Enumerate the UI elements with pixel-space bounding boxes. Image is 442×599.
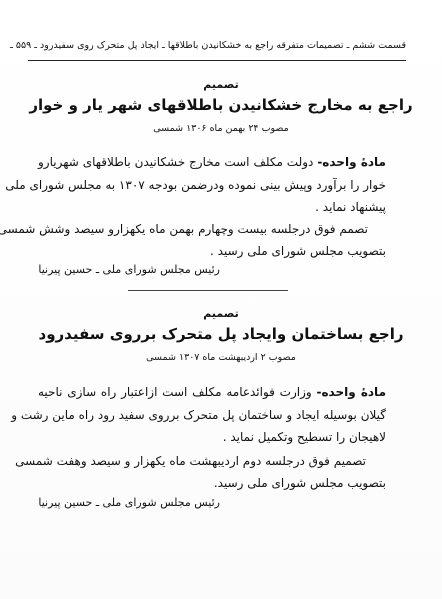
section-1-article-line-2: خوار را برآورد وپیش بینی نموده ودرضمن بو… bbox=[38, 178, 386, 192]
section-2-article-label: مادهٔ واحده- bbox=[316, 385, 386, 399]
section-1-signature: رئیس مجلس شورای ملی ـ حسین پیرنیا bbox=[50, 263, 220, 276]
document-page: قسمت ششم ـ تصمیمات متفرقه راجع به خشکانی… bbox=[0, 0, 442, 599]
section-2-article-line-2: گیلان بوسیله ایجاد و ساختمان پل متحرک بر… bbox=[38, 408, 386, 422]
section-2-title: راجع بساختمان وایجاد پل متحرک برروی سفید… bbox=[0, 325, 442, 343]
section-1-article-line-3: پیشنهاد نماید . bbox=[38, 200, 386, 214]
section-1-approval-date: مصوب ۲۴ بهمن ماه ۱۳۰۶ شمسی bbox=[0, 123, 442, 134]
section-1-label: تصمیم bbox=[0, 78, 442, 91]
header-rule bbox=[28, 60, 406, 61]
section-separator bbox=[128, 290, 288, 291]
section-1-decision-line-1: تصمم فوق درجلسه بیست وچهارم بهمن ماه یکه… bbox=[42, 222, 368, 236]
section-2-signature: رئیس مجلس شورای ملی ـ حسین پیرنیا bbox=[50, 496, 220, 509]
section-2-decision-line-2: بتصویب مجلس شورای ملی رسید. bbox=[38, 476, 386, 490]
section-1-decision-line-2: بتصویب مجلس شورای ملی رسید . bbox=[38, 244, 386, 258]
section-2-article-line-1: مادهٔ واحده- وزارت فوائدعامه مکلف است از… bbox=[38, 385, 386, 399]
section-2-article-line-3: لاهیجان را تسطیح وتکمیل نماید . bbox=[38, 430, 386, 444]
running-header: قسمت ششم ـ تصمیمات متفرقه راجع به خشکانی… bbox=[30, 40, 406, 51]
section-1-article-text: دولت مکلف است مخارج خشکانیدن باطلاقهای ش… bbox=[38, 155, 317, 169]
section-2-decision-line-1: تصمیم فوق درجلسه دوم اردیبهشت ماه یکهزار… bbox=[42, 454, 366, 468]
section-2-approval-date: مصوب ۲ اردیبهشت ماه ۱۳۰۷ شمسی bbox=[0, 352, 442, 363]
section-1-article-label: مادهٔ واحده- bbox=[317, 155, 386, 169]
section-1-title: راجع به مخارج خشکانیدن باطلاقهای شهر یار… bbox=[0, 96, 442, 114]
section-2-label: تصمیم bbox=[0, 307, 442, 320]
section-1-article-line-1: مادهٔ واحده- دولت مکلف است مخارج خشکانید… bbox=[38, 155, 386, 169]
section-2-article-text: وزارت فوائدعامه مکلف است ازاعتبار راه سا… bbox=[38, 385, 316, 399]
